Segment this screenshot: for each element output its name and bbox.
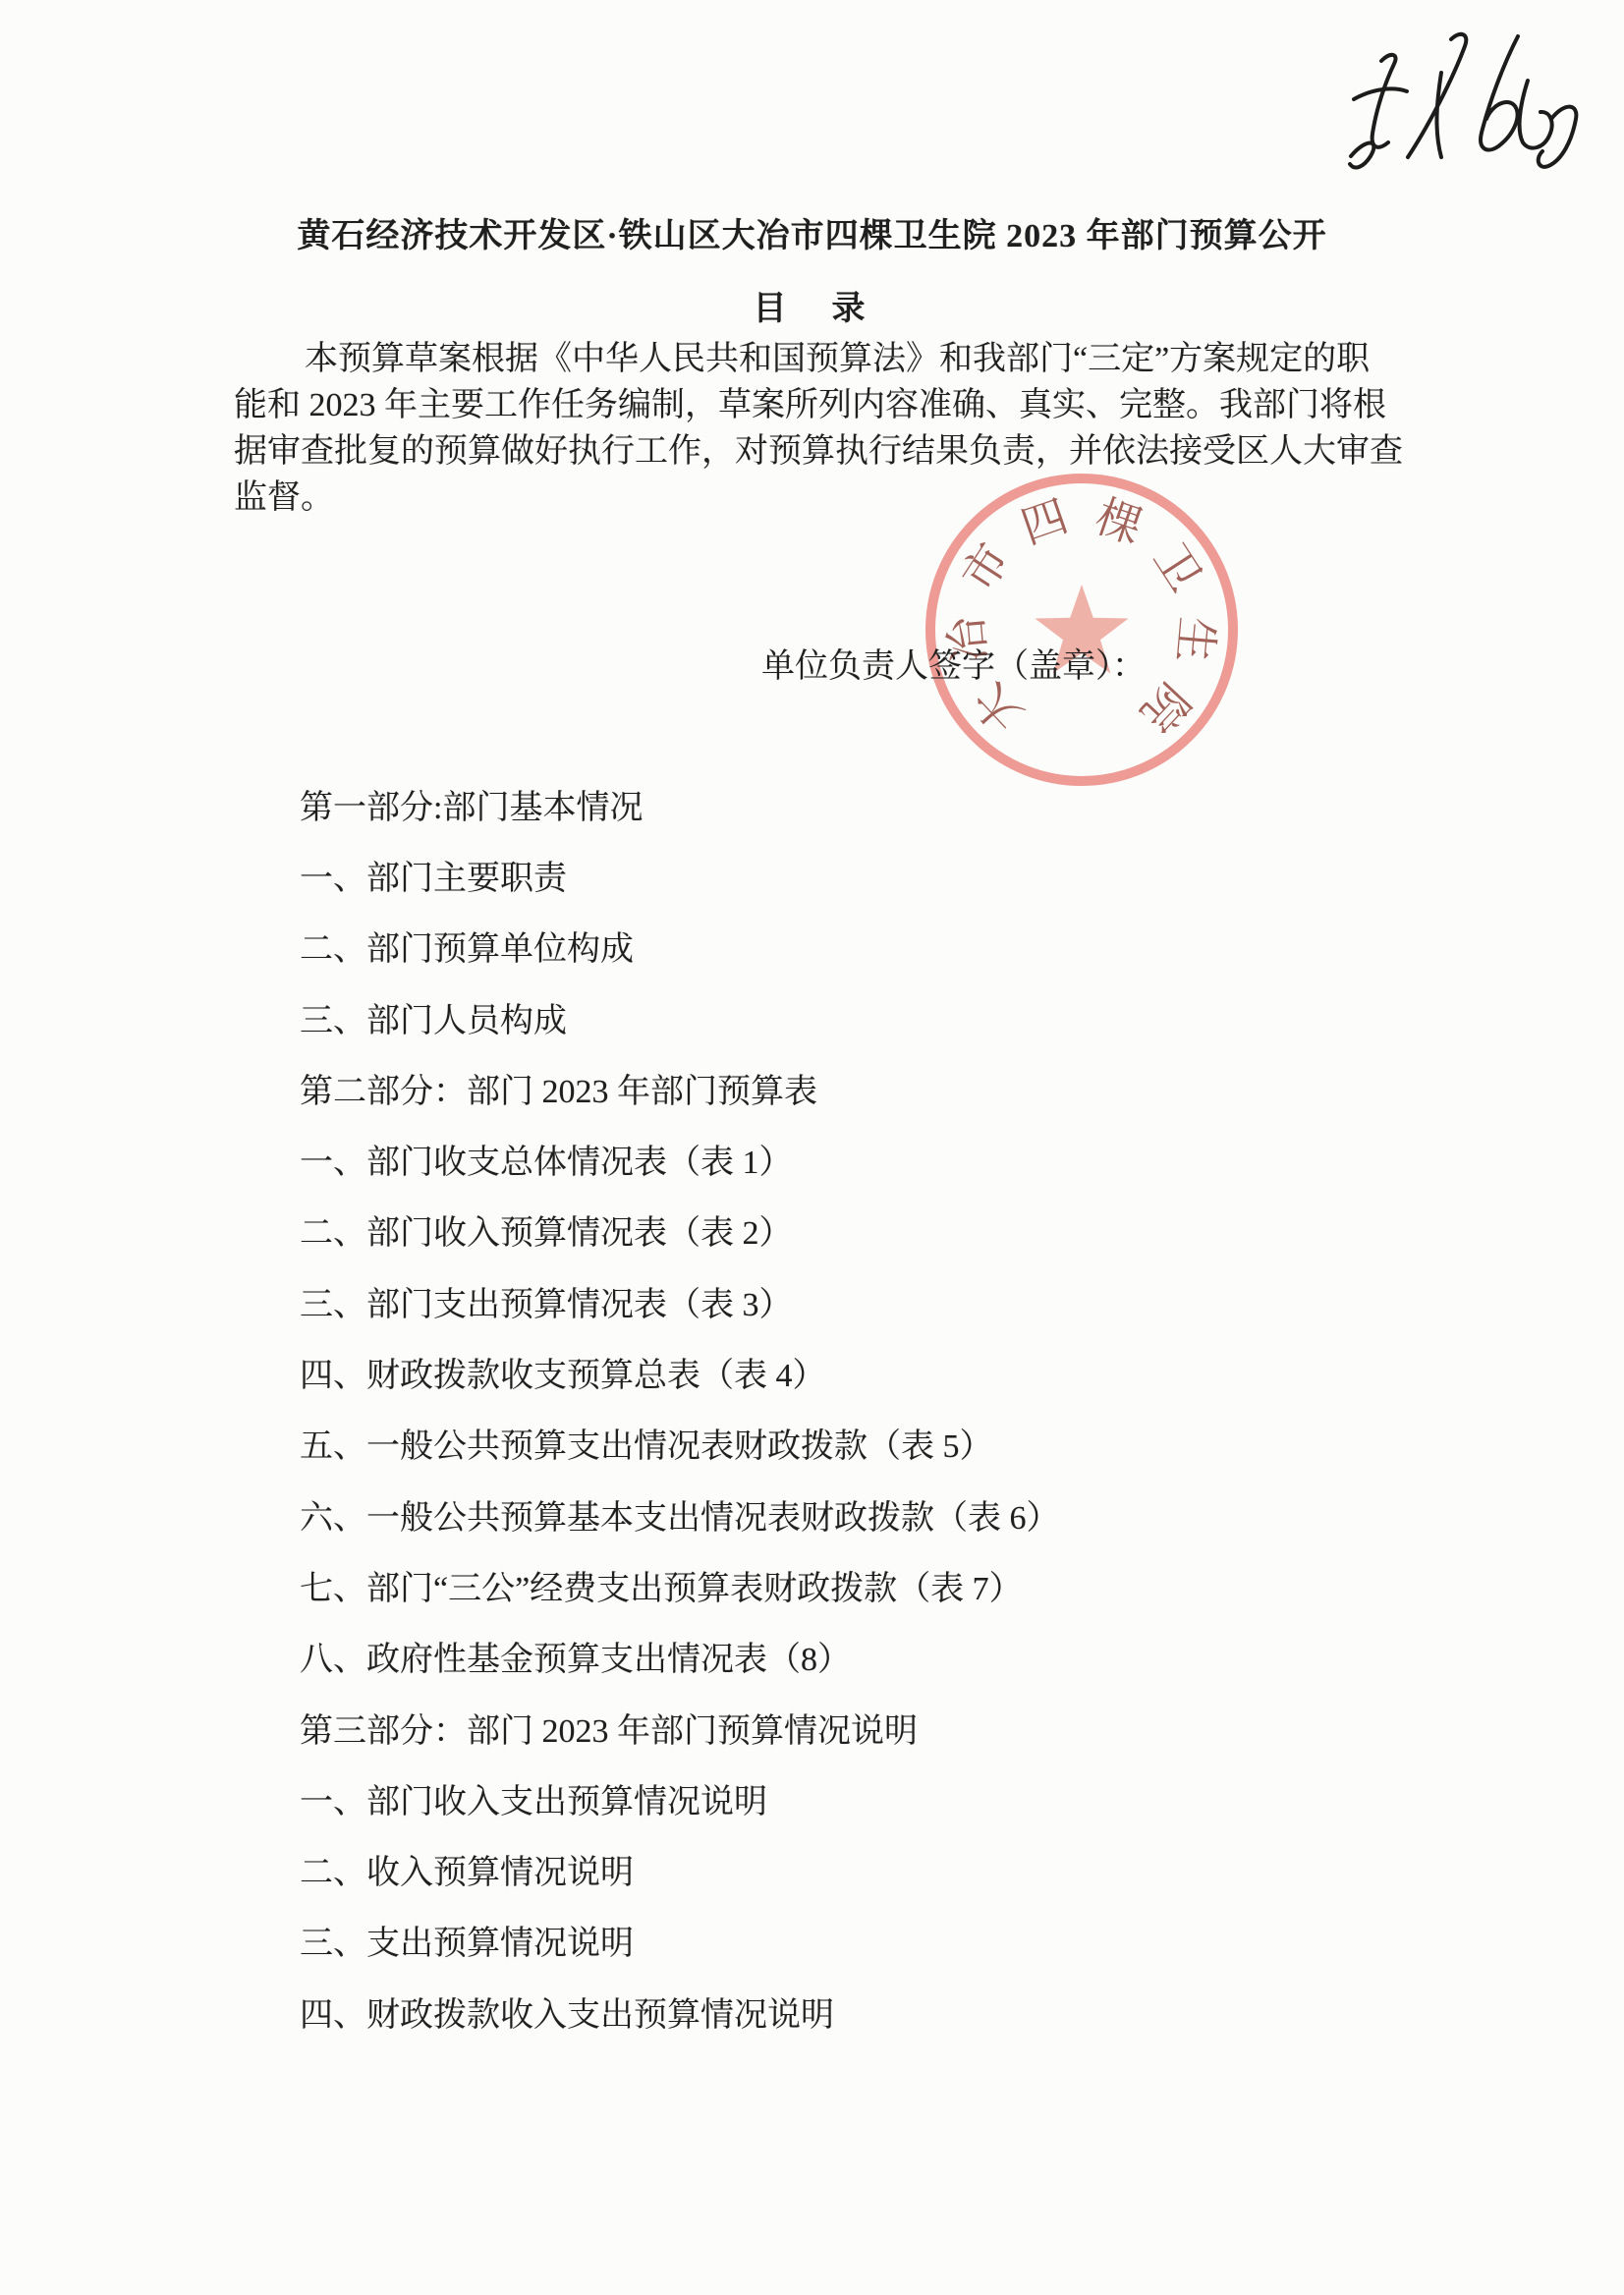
seal-char: 生 [1168,615,1222,664]
toc-list: 第一部分:部门基本情况一、部门主要职责二、部门预算单位构成三、部门人员构成第二部… [300,768,1506,2046]
seal-char: 棵 [1090,491,1148,553]
signature-stroke [1436,73,1441,157]
toc-item: 四、财政拨款收入支出预算情况说明 [300,1976,1506,2046]
seal-char: 卫 [1144,535,1210,600]
toc-item: 二、收入预算情况说明 [300,1833,1506,1904]
paragraph-line: 监督。 [234,475,1452,521]
toc-item: 七、部门“三公”经费支出预算表财政拨款（表 7） [300,1549,1506,1620]
document-title: 黄石经济技术开发区·铁山区大冶市四棵卫生院 2023 年部门预算公开 [0,208,1624,256]
signature-stroke [1481,36,1518,150]
toc-item: 八、政府性基金预算支出情况表（8） [300,1621,1506,1692]
signature-stroke [1539,107,1577,167]
toc-item: 五、一般公共预算支出情况表财政拨款（表 5） [300,1408,1506,1479]
handwritten-signature [1334,22,1580,177]
seal-char: 市 [953,535,1020,600]
signature-stroke [1520,81,1552,148]
paragraph-line: 本预算草案根据《中华人民共和国预算法》和我部门“三定”方案规定的职 [234,336,1452,382]
toc-item: 二、部门预算单位构成 [300,911,1506,981]
toc-item: 三、部门人员构成 [300,981,1506,1052]
toc-item: 一、部门主要职责 [300,839,1506,910]
scanned-budget-document-page: 黄石经济技术开发区·铁山区大冶市四棵卫生院 2023 年部门预算公开 目 录 本… [0,0,1624,2295]
toc-item: 四、财政拨款收支预算总表（表 4） [300,1336,1506,1407]
toc-item: 第一部分:部门基本情况 [300,768,1506,839]
official-seal: 大冶市四棵卫生院 [911,459,1253,801]
toc-item: 三、部门支出预算情况表（表 3） [300,1265,1506,1336]
toc-heading: 目 录 [0,281,1624,329]
signature-stroke [1372,55,1396,147]
seal-char: 四 [1015,491,1074,553]
signer-label: 单位负责人签字（盖章）： [761,639,1146,687]
paragraph-line: 能和 2023 年主要工作任务编制，草案所列内容准确、真实、完整。我部门将根 [234,382,1452,428]
toc-item: 三、支出预算情况说明 [300,1905,1506,1976]
intro-paragraph: 本预算草案根据《中华人民共和国预算法》和我部门“三定”方案规定的职能和 2023… [234,336,1452,521]
toc-item: 第三部分：部门 2023 年部门预算情况说明 [300,1692,1506,1763]
paragraph-line: 据审查批复的预算做好执行工作，对预算执行结果负责，并依法接受区人大审查 [234,428,1452,475]
toc-item: 一、部门收入支出预算情况说明 [300,1763,1506,1833]
signature-stroke [1350,142,1373,167]
seal-svg: 大冶市四棵卫生院 [911,459,1253,801]
toc-item: 二、部门收入预算情况表（表 2） [300,1195,1506,1265]
toc-item: 第二部分：部门 2023 年部门预算表 [300,1052,1506,1123]
toc-item: 一、部门收支总体情况表（表 1） [300,1123,1506,1194]
toc-item: 六、一般公共预算基本支出情况表财政拨款（表 6） [300,1479,1506,1549]
